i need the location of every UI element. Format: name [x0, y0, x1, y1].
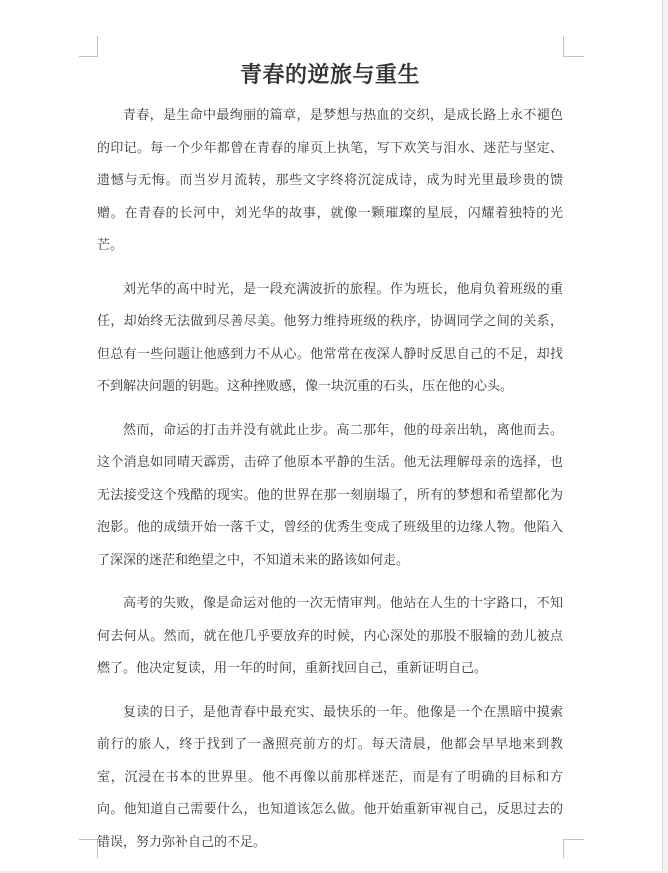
margin-crop-mark-top-right: [563, 36, 584, 57]
body-paragraph[interactable]: 刘光华的高中时光，是一段充满波折的旅程。作为班长，他肩负着班级的重任，却始终无法…: [97, 273, 563, 403]
body-paragraph[interactable]: 然而，命运的打击并没有就此止步。高二那年，他的母亲出轨，离他而去。这个消息如同晴…: [97, 414, 563, 577]
margin-crop-mark-top-left: [79, 36, 98, 57]
body-paragraph[interactable]: 青春，是生命中最绚丽的篇章，是梦想与热血的交织，是成长路上永不褪色的印记。每一个…: [97, 99, 563, 262]
document-text-area[interactable]: 青春的逆旅与重生 青春，是生命中最绚丽的篇章，是梦想与热血的交织，是成长路上永不…: [97, 57, 563, 869]
margin-crop-mark-bottom-left: [79, 839, 98, 858]
body-paragraph[interactable]: 复读的日子，是他青春中最充实、最快乐的一年。他像是一个在黑暗中摸索前行的旅人，终…: [97, 696, 563, 859]
body-paragraph[interactable]: 高考的失败，像是命运对他的一次无情审判。他站在人生的十字路口，不知何去何从。然而…: [97, 587, 563, 685]
page-title[interactable]: 青春的逆旅与重生: [97, 60, 563, 90]
window-right-edge-strip: [663, 0, 668, 873]
document-page: 青春的逆旅与重生 青春，是生命中最绚丽的篇章，是梦想与热血的交织，是成长路上永不…: [0, 0, 668, 873]
margin-crop-mark-bottom-right: [563, 839, 584, 858]
